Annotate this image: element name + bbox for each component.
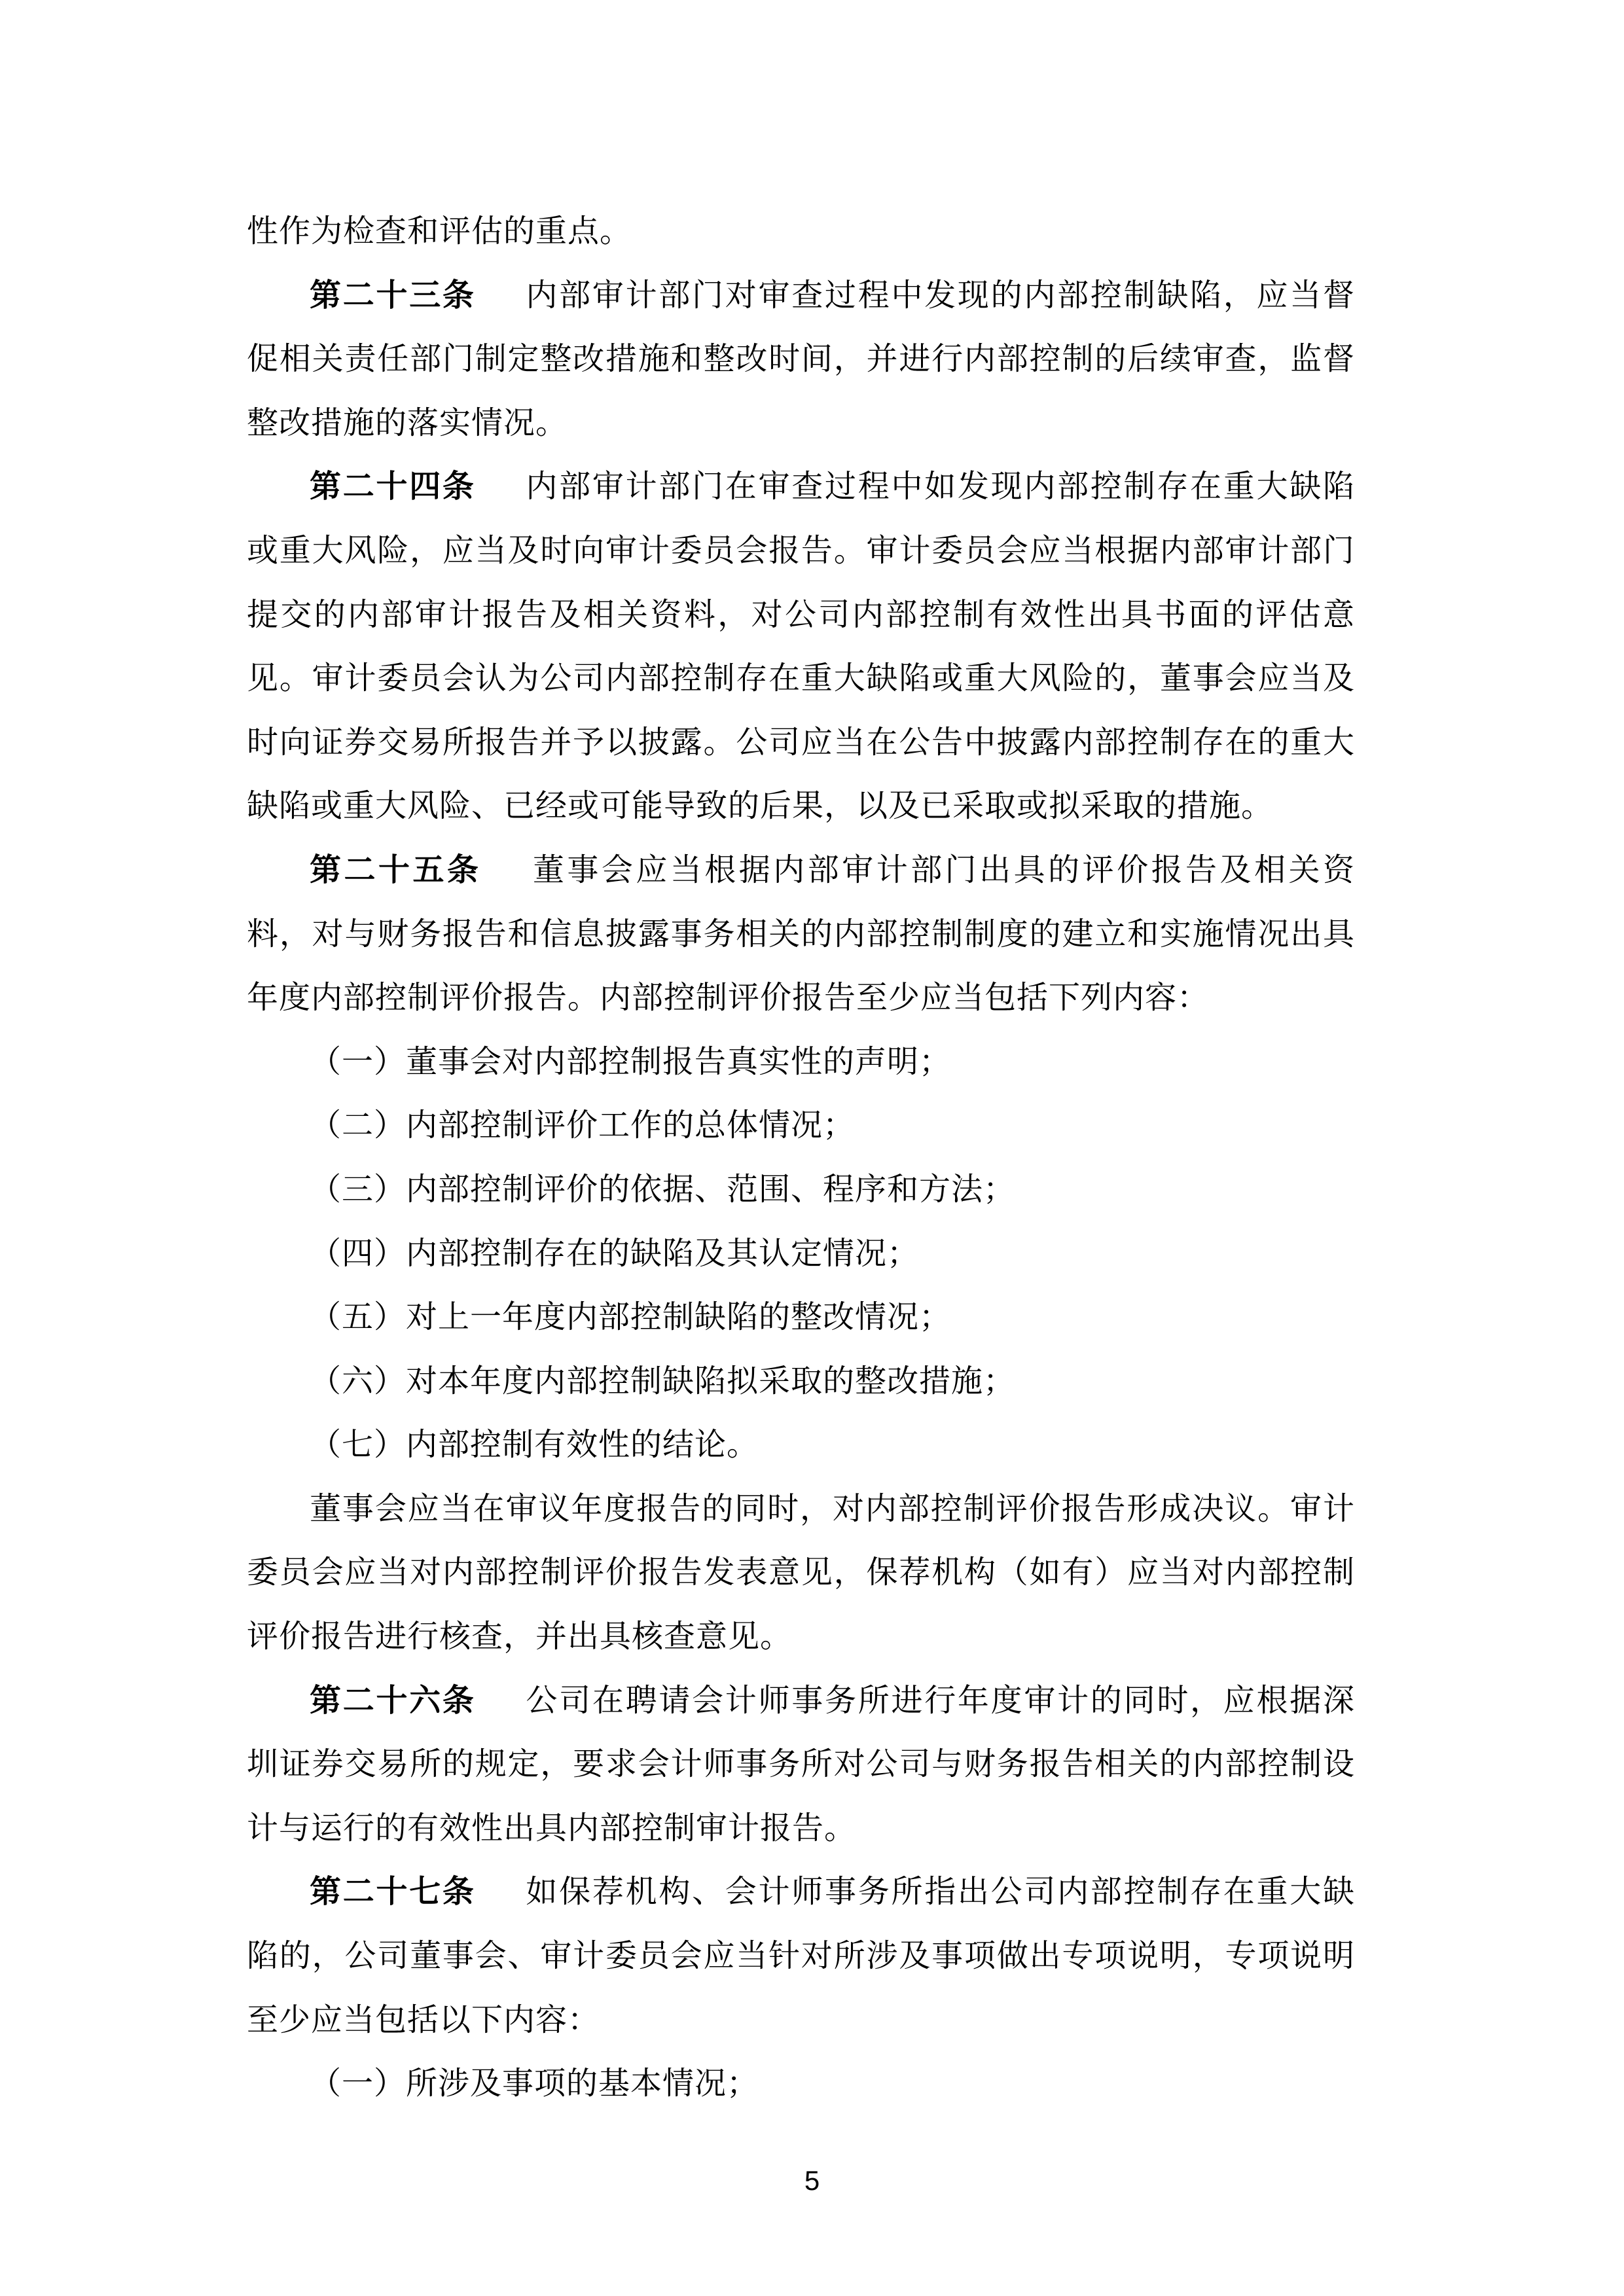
text-line: 第二十三条内部审计部门对审查过程中发现的内部控制缺陷，应当督 — [247, 264, 1355, 328]
line-text: （三）内部控制评价的依据、范围、程序和方法； — [310, 1172, 1015, 1207]
line-text: 内部审计部门对审查过程中发现的内部控制缺陷，应当督 — [525, 278, 1355, 313]
line-text: 时向证券交易所报告并予以披露。公司应当在公告中披露内部控制存在的重大 — [247, 725, 1355, 760]
text-line: 促相关责任部门制定整改措施和整改时间，并进行内部控制的后续审查，监督 — [247, 327, 1355, 391]
line-text: （一）董事会对内部控制报告真实性的声明； — [310, 1045, 951, 1079]
text-line: 整改措施的落实情况。 — [247, 391, 1355, 456]
line-text: 至少应当包括以下内容： — [247, 2003, 600, 2037]
line-text: 董事会应当在审议年度报告的同时，对内部控制评价报告形成决议。审计 — [310, 1492, 1355, 1526]
line-text: 提交的内部审计报告及相关资料，对公司内部控制有效性出具书面的评估意 — [247, 598, 1355, 632]
text-line: 缺陷或重大风险、已经或可能导致的后果，以及已采取或拟采取的措施。 — [247, 774, 1355, 838]
text-line: 见。审计委员会认为公司内部控制存在重大缺陷或重大风险的，董事会应当及 — [247, 647, 1355, 711]
line-text: 评价报告进行核查，并出具核查意见。 — [247, 1619, 792, 1654]
line-text: 内部审计部门在审查过程中如发现内部控制存在重大缺陷 — [525, 469, 1355, 504]
page-number: 5 — [0, 2165, 1624, 2197]
text-line: （三）内部控制评价的依据、范围、程序和方法； — [247, 1158, 1355, 1222]
text-line: 或重大风险，应当及时向审计委员会报告。审计委员会应当根据内部审计部门 — [247, 519, 1355, 583]
article-number: 第二十六条 — [310, 1683, 476, 1718]
text-line: （一）所涉及事项的基本情况； — [247, 2052, 1355, 2116]
text-line: 评价报告进行核查，并出具核查意见。 — [247, 1605, 1355, 1669]
text-line: 提交的内部审计报告及相关资料，对公司内部控制有效性出具书面的评估意 — [247, 583, 1355, 647]
line-text: 或重大风险，应当及时向审计委员会报告。审计委员会应当根据内部审计部门 — [247, 533, 1355, 568]
line-text: （四）内部控制存在的缺陷及其认定情况； — [310, 1236, 919, 1271]
text-line: 董事会应当在审议年度报告的同时，对内部控制评价报告形成决议。审计 — [247, 1477, 1355, 1541]
text-line: 第二十六条公司在聘请会计师事务所进行年度审计的同时，应根据深 — [247, 1669, 1355, 1733]
line-text: 委员会应当对内部控制评价报告发表意见，保荐机构（如有）应当对内部控制 — [247, 1555, 1355, 1590]
document-body: 性作为检查和评估的重点。第二十三条内部审计部门对审查过程中发现的内部控制缺陷，应… — [247, 200, 1355, 2116]
text-line: （二）内部控制评价工作的总体情况； — [247, 1094, 1355, 1158]
text-line: 计与运行的有效性出具内部控制审计报告。 — [247, 1797, 1355, 1861]
text-line: （六）对本年度内部控制缺陷拟采取的整改措施； — [247, 1350, 1355, 1414]
line-text: 料，对与财务报告和信息披露事务相关的内部控制制度的建立和实施情况出具 — [247, 917, 1355, 952]
line-text: 整改措施的落实情况。 — [247, 406, 568, 440]
text-line: 至少应当包括以下内容： — [247, 1988, 1355, 2053]
text-line: 料，对与财务报告和信息披露事务相关的内部控制制度的建立和实施情况出具 — [247, 903, 1355, 967]
line-text: 计与运行的有效性出具内部控制审计报告。 — [247, 1811, 856, 1846]
line-text: （七）内部控制有效性的结论。 — [310, 1427, 759, 1462]
text-line: （五）对上一年度内部控制缺陷的整改情况； — [247, 1285, 1355, 1350]
line-text: （六）对本年度内部控制缺陷拟采取的整改措施； — [310, 1364, 1015, 1399]
document-page: 性作为检查和评估的重点。第二十三条内部审计部门对审查过程中发现的内部控制缺陷，应… — [0, 0, 1624, 2296]
line-text: 如保荐机构、会计师事务所指出公司内部控制存在重大缺 — [525, 1874, 1355, 1909]
text-line: 时向证券交易所报告并予以披露。公司应当在公告中披露内部控制存在的重大 — [247, 711, 1355, 775]
line-text: 年度内部控制评价报告。内部控制评价报告至少应当包括下列内容： — [247, 980, 1209, 1015]
text-line: （七）内部控制有效性的结论。 — [247, 1413, 1355, 1477]
text-line: （四）内部控制存在的缺陷及其认定情况； — [247, 1222, 1355, 1286]
text-line: 第二十四条内部审计部门在审查过程中如发现内部控制存在重大缺陷 — [247, 455, 1355, 519]
article-number: 第二十五条 — [310, 853, 481, 888]
text-line: （一）董事会对内部控制报告真实性的声明； — [247, 1030, 1355, 1094]
line-text: 圳证券交易所的规定，要求会计师事务所对公司与财务报告相关的内部控制设 — [247, 1747, 1355, 1782]
line-text: 公司在聘请会计师事务所进行年度审计的同时，应根据深 — [525, 1683, 1355, 1718]
line-text: （二）内部控制评价工作的总体情况； — [310, 1108, 855, 1143]
text-line: 第二十七条如保荐机构、会计师事务所指出公司内部控制存在重大缺 — [247, 1860, 1355, 1924]
line-text: （五）对上一年度内部控制缺陷的整改情况； — [310, 1300, 951, 1335]
text-line: 圳证券交易所的规定，要求会计师事务所对公司与财务报告相关的内部控制设 — [247, 1732, 1355, 1797]
line-text: 陷的，公司董事会、审计委员会应当针对所涉及事项做出专项说明，专项说明 — [247, 1939, 1355, 1973]
text-line: 年度内部控制评价报告。内部控制评价报告至少应当包括下列内容： — [247, 966, 1355, 1030]
article-number: 第二十四条 — [310, 469, 476, 504]
article-number: 第二十三条 — [310, 278, 476, 313]
line-text: 缺陷或重大风险、已经或可能导致的后果，以及已采取或拟采取的措施。 — [247, 789, 1273, 823]
line-text: 董事会应当根据内部审计部门出具的评价报告及相关资 — [530, 853, 1355, 888]
text-line: 第二十五条董事会应当根据内部审计部门出具的评价报告及相关资 — [247, 838, 1355, 903]
line-text: 性作为检查和评估的重点。 — [247, 214, 632, 249]
line-text: 见。审计委员会认为公司内部控制存在重大缺陷或重大风险的，董事会应当及 — [247, 661, 1355, 696]
article-number: 第二十七条 — [310, 1874, 476, 1909]
text-line: 委员会应当对内部控制评价报告发表意见，保荐机构（如有）应当对内部控制 — [247, 1541, 1355, 1605]
text-line: 性作为检查和评估的重点。 — [247, 200, 1355, 264]
text-line: 陷的，公司董事会、审计委员会应当针对所涉及事项做出专项说明，专项说明 — [247, 1924, 1355, 1988]
line-text: （一）所涉及事项的基本情况； — [310, 2066, 759, 2101]
line-text: 促相关责任部门制定整改措施和整改时间，并进行内部控制的后续审查，监督 — [247, 342, 1355, 376]
